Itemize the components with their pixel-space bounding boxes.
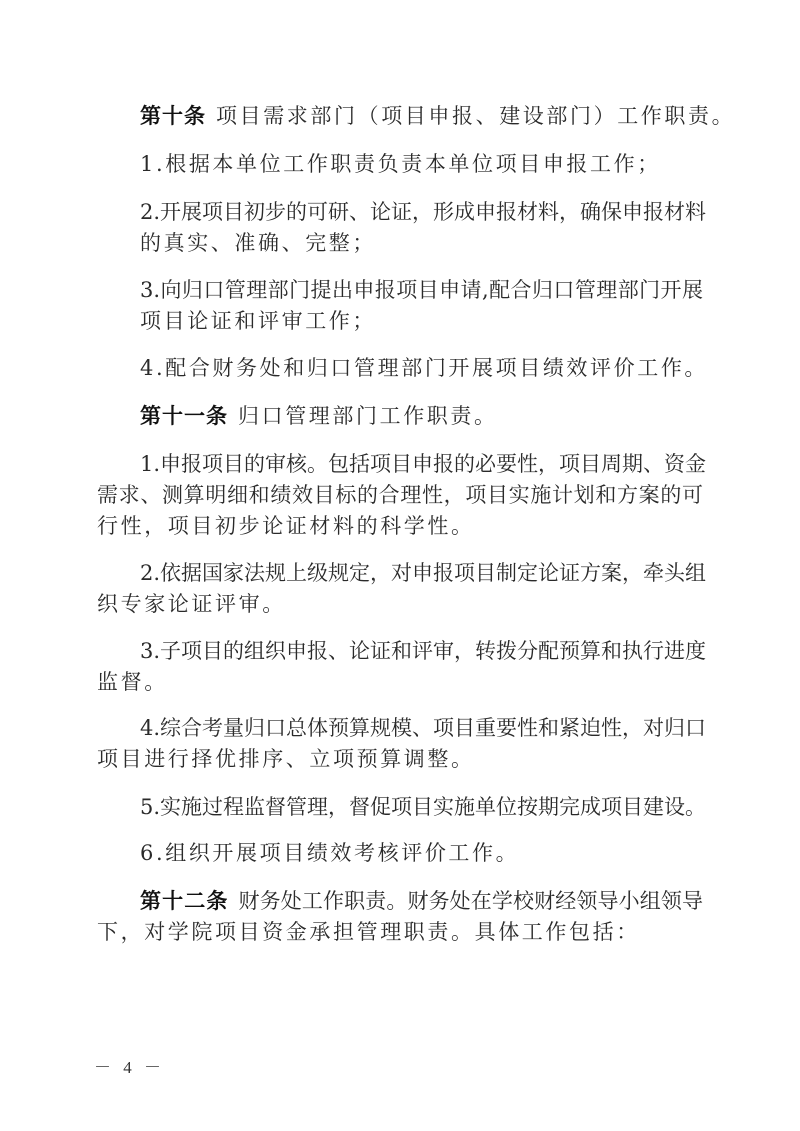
article-11-item-1-line-1: 1.申报项目的审核。包括项目申报的必要性，项目周期、资金 (140, 452, 703, 476)
article-10-item-3-line-2: 项目论证和评审工作； (140, 309, 376, 333)
article-12-title-line-1: 财务处工作职责。财务处在学校财经领导小组领导 (238, 889, 703, 913)
article-11-heading-line: 第十一条归口管理部门工作职责。 (140, 404, 498, 428)
article-11-item-3-line-2: 监督。 (97, 670, 168, 694)
article-11-item-1-line-2: 需求、测算明细和绩效目标的合理性，项目实施计划和方案的可 (97, 483, 703, 507)
article-11-title: 归口管理部门工作职责。 (238, 404, 498, 428)
article-12-title-line-2: 下，对学院项目资金承担管理职责。具体工作包括： (97, 920, 640, 944)
article-10-item-4: 4.配合财务处和归口管理部门开展项目绩效评价工作。 (140, 356, 708, 380)
article-11-item-6: 6.组织开展项目绩效考核评价工作。 (140, 841, 519, 865)
article-11-item-5: 5.实施过程监督管理，督促项目实施单位按期完成项目建设。 (140, 795, 703, 819)
article-10-title: 项目需求部门（项目申报、建设部门）工作职责。 (216, 104, 735, 128)
article-10-number: 第十条 (140, 104, 206, 128)
article-11-item-1-line-3: 行性，项目初步论证材料的科学性。 (97, 514, 475, 538)
article-11-item-3-line-1: 3.子项目的组织申报、论证和评审，转拨分配预算和执行进度 (140, 639, 703, 663)
article-10-item-2-line-2: 的真实、准确、完整； (140, 231, 376, 255)
article-11-item-2-line-1: 2.依据国家法规上级规定，对申报项目制定论证方案，牵头组 (140, 561, 703, 585)
article-10-heading-line: 第十条项目需求部门（项目申报、建设部门）工作职责。 (140, 104, 735, 128)
article-11-item-4-line-2: 项目进行择优排序、立项预算调整。 (97, 747, 475, 771)
article-11-item-4-line-1: 4.综合考量归口总体预算规模、项目重要性和紧迫性，对归口 (140, 716, 703, 740)
article-10-item-3-line-1: 3.向归口管理部门提出申报项目申请,配合归口管理部门开展 (140, 278, 703, 302)
article-11-item-2-line-2: 织专家论证评审。 (97, 592, 286, 616)
article-12-number: 第十二条 (140, 889, 228, 913)
article-11-number: 第十一条 (140, 404, 228, 428)
article-10-item-2-line-1: 2.开展项目初步的可研、论证，形成申报材料，确保申报材料 (140, 200, 703, 224)
document-page: 第十条项目需求部门（项目申报、建设部门）工作职责。 1.根据本单位工作职责负责本… (0, 0, 800, 1131)
article-12-heading-line: 第十二条财务处工作职责。财务处在学校财经领导小组领导 (140, 889, 703, 913)
page-number: － 4 － (94, 1053, 165, 1078)
article-10-item-1: 1.根据本单位工作职责负责本单位项目申报工作； (140, 152, 661, 176)
